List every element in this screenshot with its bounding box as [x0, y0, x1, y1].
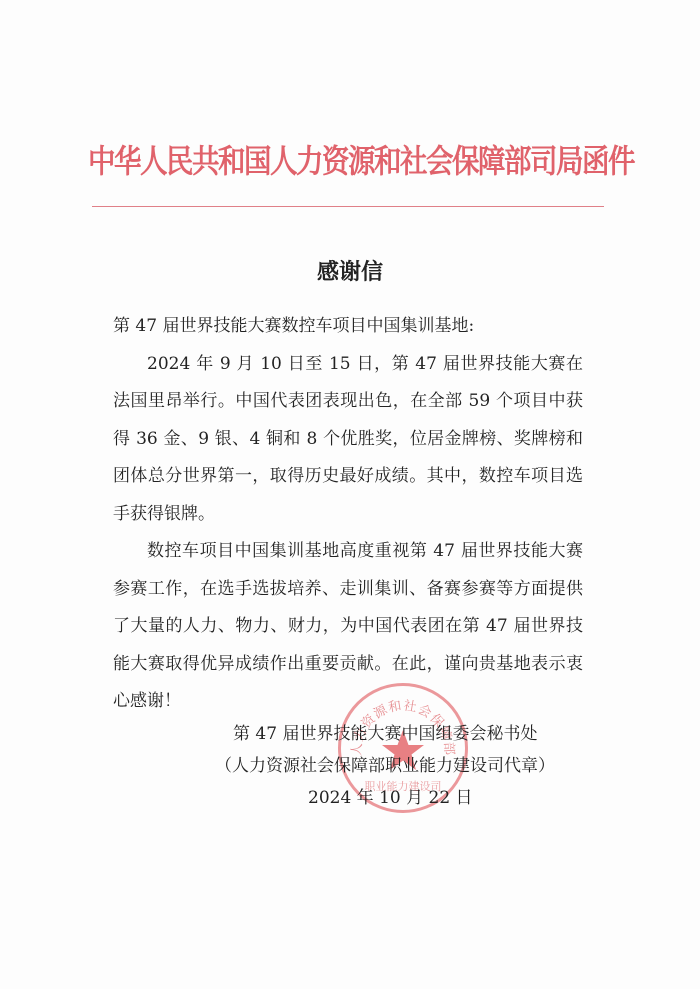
proxy-stamp-note: （人力资源社会保障部职业能力建设司代章）: [215, 750, 615, 782]
letter-title: 感谢信: [0, 255, 700, 286]
salutation: 第 47 届世界技能大赛数控车项目中国集训基地:: [113, 308, 583, 346]
signing-date: 2024 年 10 月 22 日: [215, 782, 615, 814]
letter-body: 第 47 届世界技能大赛数控车项目中国集训基地: 2024 年 9 月 10 日…: [113, 308, 583, 721]
letterhead-divider: [92, 206, 604, 207]
signing-organization: 第 47 届世界技能大赛中国组委会秘书处: [215, 718, 615, 750]
paragraph-1: 2024 年 9 月 10 日至 15 日，第 47 届世界技能大赛在法国里昂举…: [113, 346, 583, 534]
signature-block: 第 47 届世界技能大赛中国组委会秘书处 （人力资源社会保障部职业能力建设司代章…: [215, 718, 615, 814]
document-page: 中华人民共和国人力资源和社会保障部司局函件 感谢信 第 47 届世界技能大赛数控…: [0, 0, 700, 989]
letterhead-title: 中华人民共和国人力资源和社会保障部司局函件: [88, 135, 613, 181]
